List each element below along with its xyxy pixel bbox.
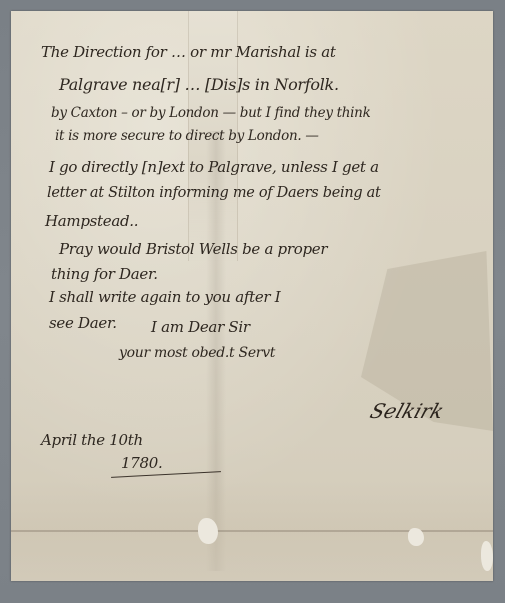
letter-line-2: Palgrave nea[r] … [Dis]s in Norfolk.: [59, 75, 339, 94]
closing-salutation: I am Dear Sir: [151, 318, 250, 336]
paper-hole: [481, 541, 493, 571]
letter-line-6: letter at Stilton informing me of Daers …: [47, 185, 381, 201]
date-line: April the 10th: [41, 431, 143, 449]
letter-line-9: thing for Daer.: [51, 265, 158, 283]
letter-page: The Direction for … or mr Marishal is at…: [11, 11, 493, 581]
letter-line-5: I go directly [n]ext to Palgrave, unless…: [49, 158, 379, 176]
letter-line-1: The Direction for … or mr Marishal is at: [41, 43, 336, 61]
letter-line-4: it is more secure to direct by London. —: [55, 128, 319, 144]
letter-line-3: by Caxton – or by London — but I find th…: [51, 105, 370, 121]
signature: Selkirk: [367, 399, 447, 423]
letter-line-7: Hampstead..: [45, 212, 138, 230]
closing-valediction: your most obed.t Servt: [119, 345, 275, 361]
paper-hole: [198, 518, 218, 544]
date-underline: [111, 471, 221, 478]
letter-line-8: Pray would Bristol Wells be a proper: [59, 240, 327, 258]
letter-line-10: I shall write again to you after I: [49, 288, 280, 306]
letter-line-11: see Daer.: [49, 314, 117, 332]
date-year: 1780.: [121, 454, 162, 472]
paper-hole: [408, 528, 424, 546]
